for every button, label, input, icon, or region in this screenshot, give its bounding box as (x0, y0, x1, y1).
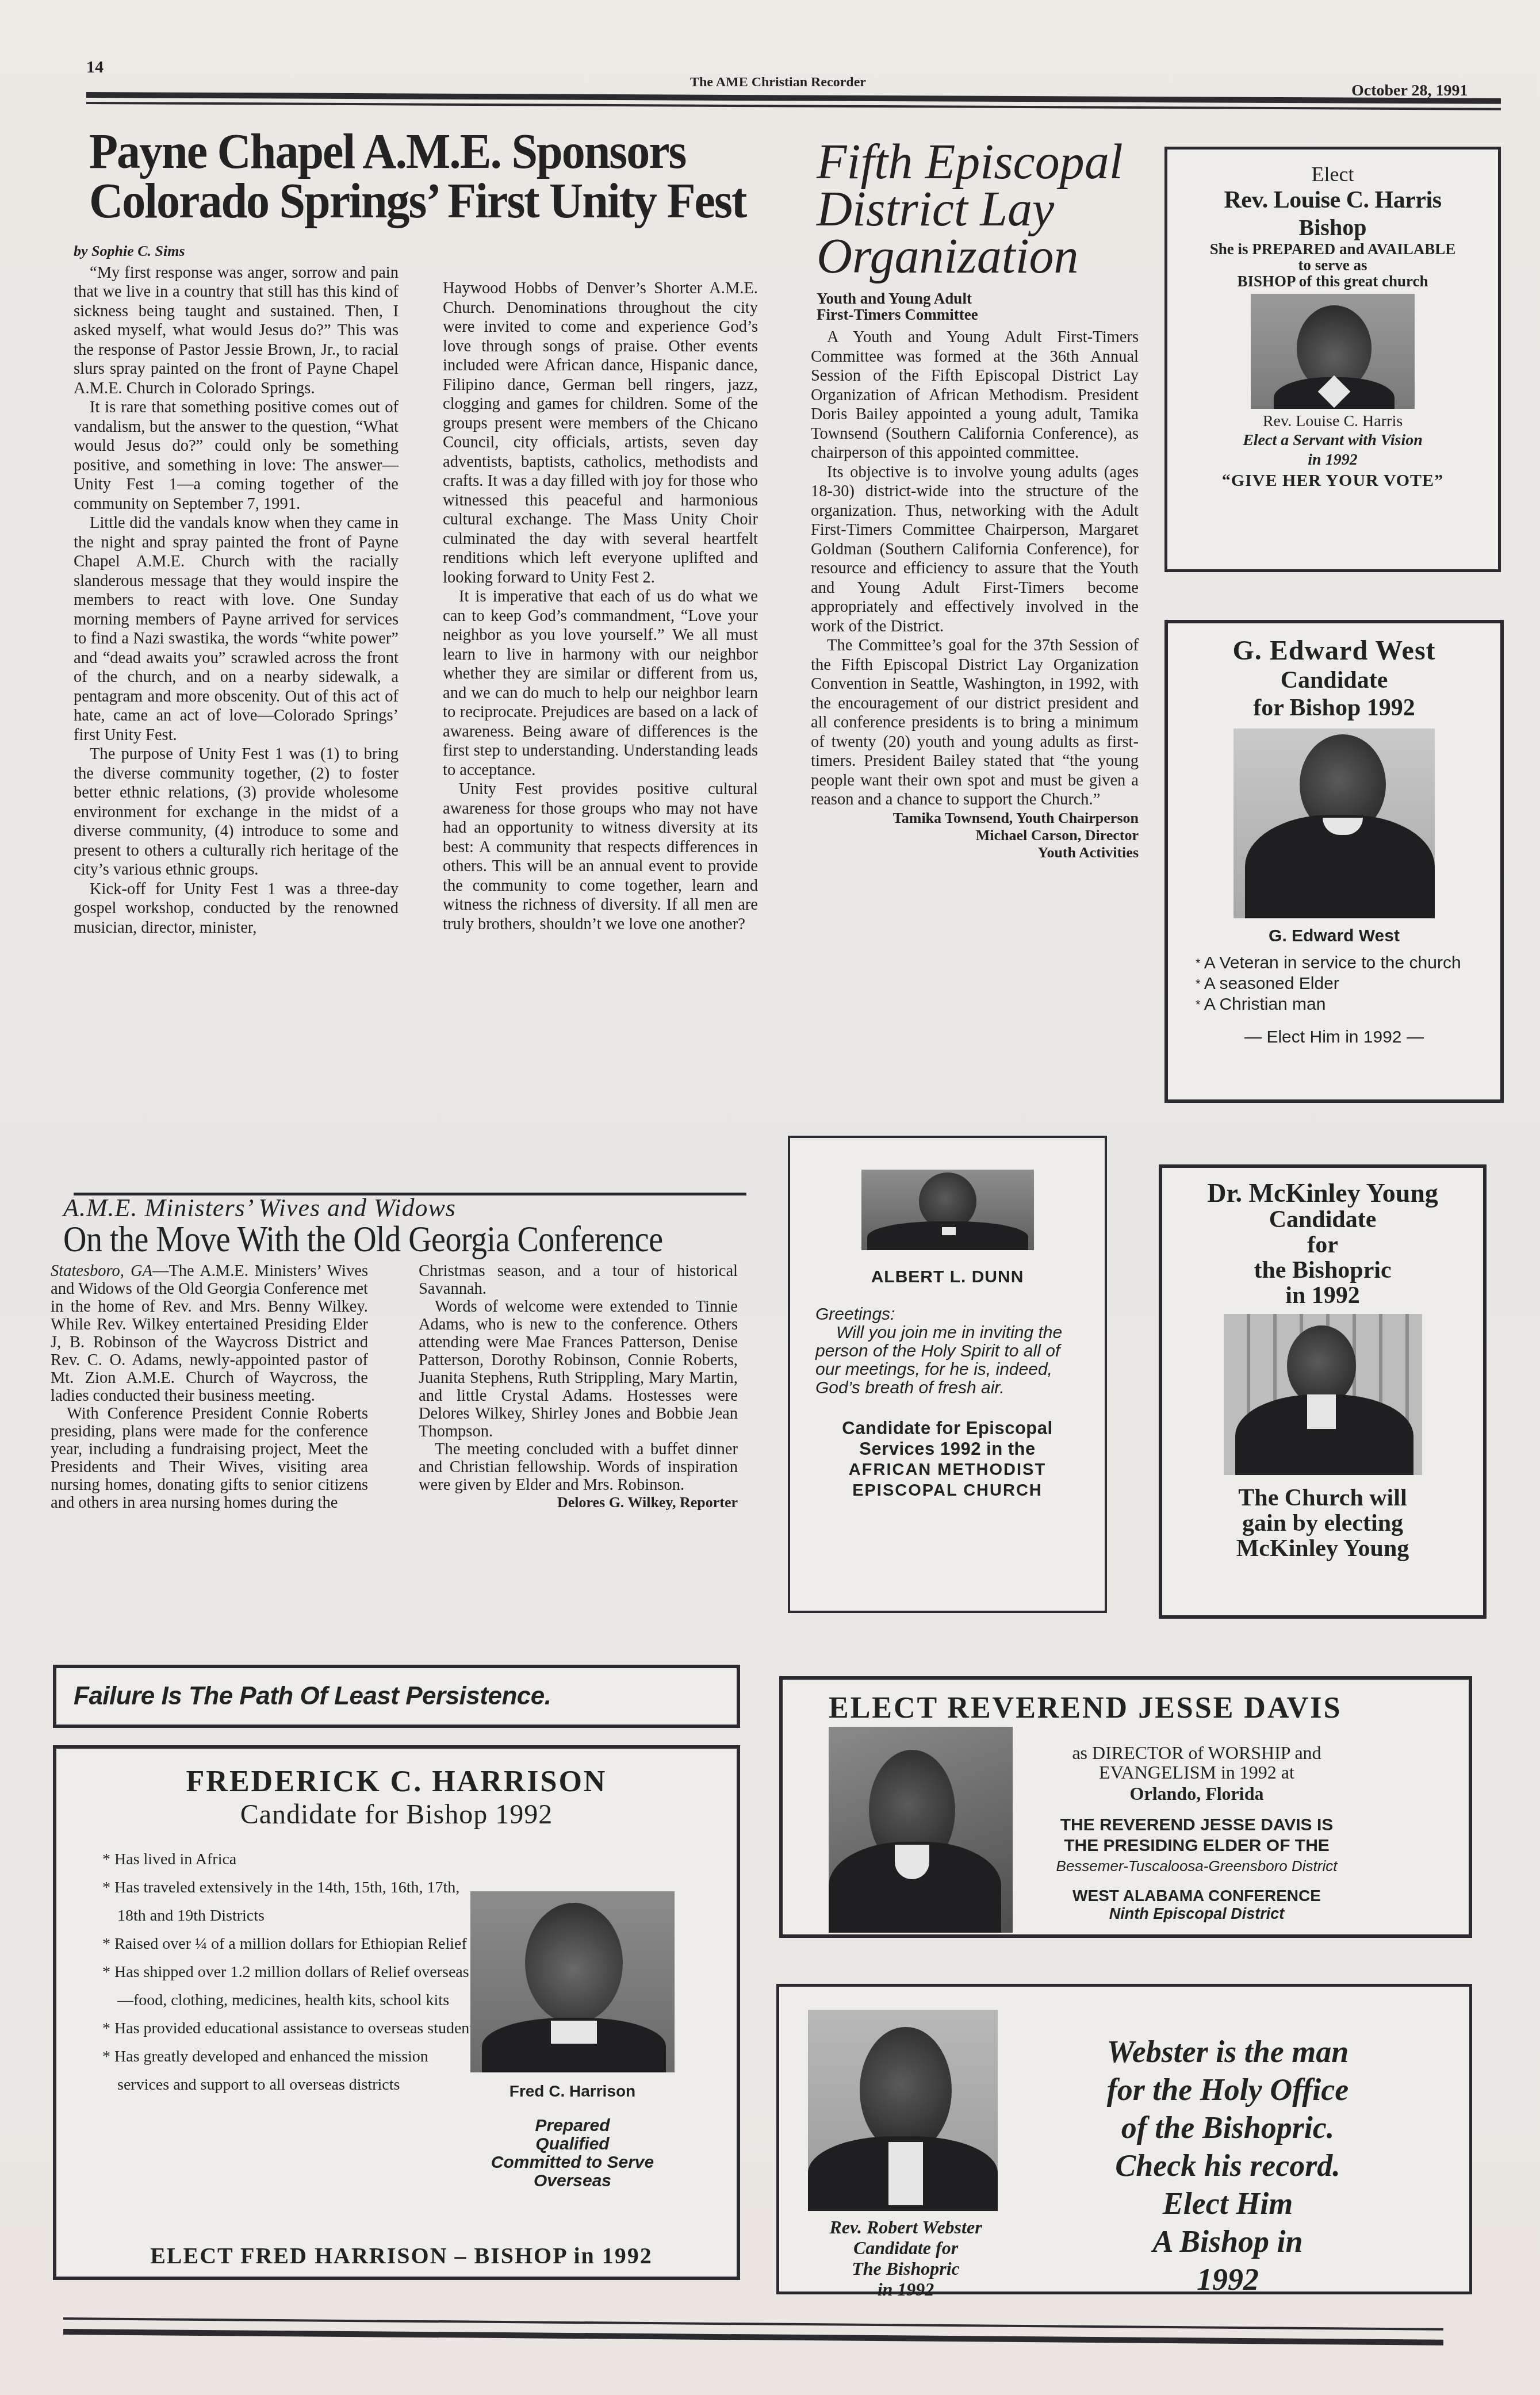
slogan-line: The Church will (1162, 1485, 1483, 1511)
ad-g-edward-west: G. Edward West Candidate for Bishop 1992… (1164, 620, 1504, 1103)
location: Orlando, Florida (1030, 1783, 1363, 1804)
page-number: 14 (86, 58, 104, 77)
bullet-item: Has traveled extensively in the 14th, 15… (102, 1873, 482, 1930)
candidate-name: Dr. McKinley Young (1162, 1179, 1483, 1207)
candidate-photo (808, 2010, 998, 2211)
slogan-line: McKinley Young (1162, 1536, 1483, 1561)
ad-text: EVANGELISM in 1992 at (1030, 1762, 1363, 1782)
slogan: in 1992 (1167, 450, 1498, 470)
signoff-line: Michael Carson, Director (811, 827, 1139, 844)
slogan-line: 1992 (1049, 2260, 1406, 2298)
ad-text: for (1162, 1232, 1483, 1258)
bullet-item: Has lived in Africa (102, 1845, 482, 1873)
ad-mckinley-young: Dr. McKinley Young Candidate for the Bis… (1159, 1164, 1487, 1619)
paragraph: Little did the vandals know when they ca… (74, 514, 399, 745)
ad-jesse-davis: ELECT REVEREND JESSE DAVIS as DIRECTOR o… (779, 1676, 1472, 1938)
paragraph: Kick-off for Unity Fest 1 was a three-da… (74, 880, 399, 938)
caption-line: in 1992 (802, 2279, 1009, 2300)
ad-text: as DIRECTOR of WORSHIP and (1030, 1743, 1363, 1762)
greeting-message: Will you join me in inviting the person … (815, 1324, 1079, 1397)
ad-robert-webster: Rev. Robert Webster Candidate for The Bi… (776, 1984, 1472, 2294)
bullet-item: A Christian man (1196, 994, 1500, 1015)
newspaper-page: 14 The AME Christian Recorder October 28… (0, 0, 1540, 2395)
byline: by Sophie C. Sims (74, 242, 399, 261)
subhead-line: Youth and Young Adult (817, 290, 1139, 306)
bullet-item: Has greatly developed and enhanced the m… (102, 2043, 482, 2099)
bullet-list: Has lived in Africa Has traveled extensi… (102, 1845, 482, 2099)
call-to-action: ELECT FRED HARRISON – BISHOP in 1992 (102, 2242, 700, 2269)
paragraph: “My first response was anger, sorrow and… (74, 263, 399, 398)
article-column: by Sophie C. Sims “My first response was… (74, 242, 399, 937)
ad-text: for Bishop 1992 (1168, 694, 1500, 722)
signoff: Tamika Townsend, Youth Chairperson Micha… (811, 810, 1139, 861)
candidate-name: FREDERICK C. HARRISON (56, 1765, 737, 1799)
signoff-line: Youth Activities (811, 844, 1139, 861)
quote-text: Failure Is The Path Of Least Persistence… (74, 1682, 737, 1711)
ad-frederick-harrison: FREDERICK C. HARRISON Candidate for Bish… (53, 1745, 740, 2280)
photo-caption: Fred C. Harrison (470, 2082, 675, 2101)
ad-text: THE PRESIDING ELDER OF THE (1030, 1835, 1363, 1856)
ad-text-block: THE REVEREND JESSE DAVIS IS THE PRESIDIN… (1030, 1815, 1363, 1856)
candidate-name: Rev. Louise C. Harris (1167, 186, 1498, 214)
signoff: Delores G. Wilkey, Reporter (419, 1494, 738, 1511)
paragraph: A Youth and Young Adult First-Timers Com… (811, 328, 1139, 463)
ad-text: Candidate (1168, 666, 1500, 694)
ad-info: as DIRECTOR of WORSHIP and EVANGELISM in… (1030, 1743, 1363, 1923)
ad-albert-dunn: ALBERT L. DUNN Greetings: Will you join … (788, 1136, 1107, 1613)
ad-text: to serve as (1167, 257, 1498, 273)
paragraph: The meeting concluded with a buffet dinn… (419, 1440, 738, 1494)
bullet-item: A Veteran in service to the church (1196, 953, 1500, 974)
headline-fifth-episcopal: Fifth Episcopal District Lay Organizatio… (817, 138, 1162, 279)
ad-text: AFRICAN METHODIST (790, 1459, 1105, 1480)
slogan-line: for the Holy Office (1049, 2071, 1406, 2109)
district: Bessemer-Tuscaloosa-Greensboro District (1030, 1857, 1363, 1875)
paragraph: Its objective is to involve young adults… (811, 463, 1139, 637)
slogan-line: of the Bishopric. (1049, 2109, 1406, 2147)
headline-line: Payne Chapel A.M.E. Sponsors (89, 127, 779, 177)
article-column: Statesboro, GA—The A.M.E. Ministers’ Wiv… (51, 1262, 368, 1512)
quality: Overseas (453, 2172, 692, 2190)
ad-text: Candidate for Episcopal (790, 1418, 1105, 1439)
candidate-photo (861, 1170, 1034, 1250)
paragraph: Statesboro, GA—The A.M.E. Ministers’ Wiv… (51, 1262, 368, 1405)
ad-text: She is PREPARED and AVAILABLE (1167, 241, 1498, 257)
paragraph: Haywood Hobbs of Denver’s Shorter A.M.E.… (443, 279, 758, 587)
paragraph: With Conference President Connie Roberts… (51, 1405, 368, 1512)
paragraph: Unity Fest provides positive cultural aw… (443, 780, 758, 934)
bullet-item: Raised over ¼ of a million dollars for E… (102, 1930, 482, 1958)
candidate-name: G. Edward West (1168, 635, 1500, 666)
candidate-photo (1233, 729, 1435, 918)
ad-title: ELECT REVEREND JESSE DAVIS (829, 1691, 1469, 1725)
subhead-line: First-Timers Committee (817, 306, 1139, 323)
paragraph: The purpose of Unity Fest 1 was (1) to b… (74, 745, 399, 880)
slogan-line: gain by electing (1162, 1511, 1483, 1536)
quality: Prepared (453, 2117, 692, 2135)
paragraph: The Committee’s goal for the 37th Sessio… (811, 636, 1139, 810)
photo-caption: G. Edward West (1168, 926, 1500, 946)
candidate-photo (1224, 1314, 1422, 1475)
article-column: A Youth and Young Adult First-Timers Com… (811, 328, 1139, 861)
caption-line: Candidate for (802, 2237, 1009, 2258)
caption-line: Rev. Robert Webster (802, 2217, 1009, 2237)
ad-subtitle: Candidate for Bishop 1992 (56, 1799, 737, 1830)
headline-old-georgia: On the Move With the Old Georgia Confere… (63, 1218, 753, 1260)
signoff-line: Tamika Townsend, Youth Chairperson (811, 810, 1139, 827)
ad-text: Bishop (1167, 214, 1498, 241)
ad-text: Services 1992 in the (790, 1439, 1105, 1459)
dateline: Statesboro, GA (51, 1262, 152, 1280)
bullet-item: Has shipped over 1.2 million dollars of … (102, 1958, 482, 2014)
slogan-line: Check his record. (1049, 2147, 1406, 2185)
ad-text: EPISCOPAL CHURCH (790, 1480, 1105, 1501)
headline-payne-chapel: Payne Chapel A.M.E. Sponsors Colorado Sp… (89, 127, 779, 226)
call-to-action: “GIVE HER YOUR VOTE” (1167, 471, 1498, 491)
slogan: The Church will gain by electing McKinle… (1162, 1485, 1483, 1561)
footer-rule (63, 2329, 1443, 2346)
candidacy-block: Candidate for Episcopal Services 1992 in… (790, 1418, 1105, 1501)
quote-box: Failure Is The Path Of Least Persistence… (53, 1665, 740, 1728)
candidate-name: ALBERT L. DUNN (790, 1267, 1105, 1287)
article-column: Haywood Hobbs of Denver’s Shorter A.M.E.… (443, 279, 758, 934)
call-to-action: — Elect Him in 1992 — (1168, 1028, 1500, 1047)
slogan-line: Webster is the man (1049, 2033, 1406, 2071)
paragraph: Christmas season, and a tour of historic… (419, 1262, 738, 1298)
slogan: Elect a Servant with Vision (1167, 431, 1498, 450)
masthead-rule (86, 92, 1501, 104)
candidate-photo (829, 1727, 1013, 1933)
bullet-item: A seasoned Elder (1196, 974, 1500, 994)
slogan: Webster is the man for the Holy Office o… (1049, 2033, 1406, 2298)
candidate-photo (1251, 294, 1415, 409)
photo-caption: Rev. Robert Webster Candidate for The Bi… (802, 2217, 1009, 2300)
slogan-line: A Bishop in (1049, 2222, 1406, 2260)
ad-louise-harris: Elect Rev. Louise C. Harris Bishop She i… (1164, 147, 1501, 572)
greeting-block: Greetings: Will you join me in inviting … (815, 1305, 1079, 1397)
ad-text: BISHOP of this great church (1167, 273, 1498, 289)
footer-rule-thin (63, 2317, 1443, 2331)
ad-text: THE REVEREND JESSE DAVIS IS (1030, 1815, 1363, 1835)
publication-name: The AME Christian Recorder (690, 75, 866, 90)
bullet-item: Has provided educational assistance to o… (102, 2014, 482, 2043)
caption-line: The Bishopric (802, 2258, 1009, 2279)
headline-line: Colorado Springs’ First Unity Fest (89, 177, 779, 226)
candidate-photo (470, 1891, 675, 2072)
photo-caption: Rev. Louise C. Harris (1167, 412, 1498, 431)
paragraph: Words of welcome were extended to Tinnie… (419, 1298, 738, 1440)
slogan-line: Elect Him (1049, 2185, 1406, 2222)
ad-text: Candidate (1162, 1207, 1483, 1232)
quality: Committed to Serve (453, 2153, 692, 2172)
quality: Qualified (453, 2135, 692, 2153)
ad-text: the Bishopric (1162, 1258, 1483, 1283)
ad-text: Elect (1167, 162, 1498, 186)
ad-text: in 1992 (1162, 1283, 1483, 1308)
subhead: Youth and Young Adult First-Timers Commi… (817, 290, 1139, 323)
greeting: Greetings: (815, 1305, 1079, 1324)
article-column: Christmas season, and a tour of historic… (419, 1262, 738, 1511)
bullet-list: A Veteran in service to the church A sea… (1196, 953, 1500, 1015)
paragraph: It is rare that something positive comes… (74, 398, 399, 514)
qualities: Prepared Qualified Committed to Serve Ov… (453, 2117, 692, 2190)
conference: WEST ALABAMA CONFERENCE (1030, 1887, 1363, 1905)
paragraph-text: —The A.M.E. Ministers’ Wives and Widows … (51, 1262, 368, 1405)
paragraph: It is imperative that each of us do what… (443, 587, 758, 780)
masthead-rule-thin (86, 102, 1501, 110)
episcopal-district: Ninth Episcopal District (1030, 1905, 1363, 1923)
